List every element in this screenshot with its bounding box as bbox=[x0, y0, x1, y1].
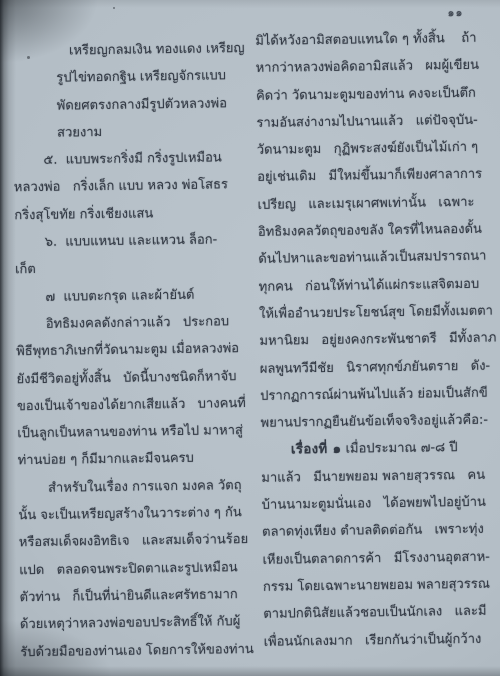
text-line: ด้นไปหาและขอท่านแล้วเป็นสมปรารถนา bbox=[258, 243, 495, 274]
text-line: บ้านนามะตูมนั่นเอง ได้อพยพไปอยู่บ้าน bbox=[262, 489, 499, 520]
text-line: วัดนามะตูม กุฏิพระสงฆ์ยังเป็นไม้เก่า ๆ bbox=[257, 134, 494, 165]
text-line: รามอันสง่างามไปนานแล้ว แต่ปัจจุบัน- bbox=[256, 106, 493, 137]
text-line: เรื่องที่ ๑ เมื่อประมาณ ๗-๘ ปี bbox=[261, 434, 498, 465]
text-line: กริ่งสุโขทัย กริ่งเชียงแสน bbox=[14, 199, 248, 230]
text-line: มาแล้ว มีนายพยอม พลายสุวรรณ คน bbox=[261, 461, 498, 492]
text-line: รูปไข่ทอดกฐิน เหรียญจักรแบบ bbox=[12, 62, 246, 93]
text-line: พิธีพุทธาภิเษกที่วัดนามะตูม เมื่อหลวงพ่อ bbox=[16, 335, 250, 366]
text-line: อิทธิมงคลดังกล่าวแล้ว ประกอบ bbox=[16, 308, 250, 339]
text-line: ๖. แบบแหนบ และแหวน ล็อก- bbox=[14, 226, 248, 257]
text-columns: เหรียญกลมเงิน ทองแดง เหรียญรูปไข่ทอดกฐิน… bbox=[12, 25, 499, 666]
text-line: นั้น จะเป็นเหรียญสร้างในวาระต่าง ๆ กัน bbox=[18, 499, 252, 530]
text-line: พัดยศตรงกลางมีรูปตัวหลวงพ่อ bbox=[13, 90, 247, 121]
text-line: เพื่อนนักเลงมาก เรียกกันว่าเป็นผู้กว้าง bbox=[263, 625, 500, 656]
text-line: รับด้วยมือของท่านเอง โดยการให้ของท่าน bbox=[20, 636, 254, 667]
text-line: เหรียญกลมเงิน ทองแดง เหรียญ bbox=[12, 35, 246, 66]
text-line: อยู่เช่นเดิม มีใหม่ขึ้นมาก็เพียงศาลาการ bbox=[257, 161, 494, 192]
story-number-heading: เรื่องที่ ๑ bbox=[291, 442, 342, 458]
text-line: ผลพูนทวีมีชัย นิราศทุกข์ภยันตราย ดัง- bbox=[260, 352, 497, 383]
right-column: มิได้หวังอามิสตอบแทนใด ๆ ทั้งสิ้น ถ้าหาก… bbox=[255, 25, 500, 663]
text-line: ให้เพื่ออำนวยประโยชน์สุข โดยมีทั้งเมตตา bbox=[259, 298, 496, 329]
text-line: พยานปรากฏยืนยันข้อเท็จจริงอยู่แล้วคือ:- bbox=[260, 407, 497, 438]
paper-speck bbox=[27, 56, 30, 59]
text-line: มิได้หวังอามิสตอบแทนใด ๆ ทั้งสิ้น ถ้า bbox=[255, 25, 492, 56]
text-line: เป็นลูกเป็นหลานของท่าน หรือไป มาหาสู่ bbox=[17, 417, 251, 448]
text-line: เปรียญ และเมรุเผาศพเท่านั้น เฉพาะ bbox=[257, 188, 494, 219]
page-number: ๑๑ bbox=[447, 3, 463, 21]
text-line: หลวงพ่อ กริ่งเล็ก แบบ หลวง พ่อโสธร bbox=[14, 172, 248, 203]
left-column: เหรียญกลมเงิน ทองแดง เหรียญรูปไข่ทอดกฐิน… bbox=[12, 28, 254, 666]
text-line: ของเป็นเจ้าของได้ยากเสียแล้ว บางคนที่ bbox=[17, 390, 251, 421]
text-line: ด้วยเหตุว่าหลวงพ่อขอบประสิทธิ์ให้ กับผู้ bbox=[20, 608, 254, 639]
text-line: เหียงเป็นตลาดการค้า มีโรงงานอุตสาห- bbox=[262, 543, 499, 574]
text-line: แปด ตลอดจนพระปิดตาและรูปเหมือน bbox=[19, 554, 253, 585]
text-line: ตลาดทุ่งเหียง ตำบลติดต่อกัน เพราะทุ่ง bbox=[262, 516, 499, 547]
scanned-book-page: ๑๑ เหรียญกลมเงิน ทองแดง เหรียญรูปไข่ทอดก… bbox=[0, 0, 500, 676]
text-line: อิทธิมงคลวัตถุของขลัง ใครที่ไหนลองดั้น bbox=[258, 216, 495, 247]
text-line: เก็ต bbox=[15, 253, 249, 284]
text-line: สำหรับในเรื่อง การแจก มงคล วัตถุ bbox=[18, 472, 252, 503]
text-line: ตามปกตินิสัยแล้วชอบเป็นนักเลง และมี bbox=[263, 598, 500, 629]
text-line: มหานิยม อยู่ยงคงกระพันชาตรี มีทั้งลาภ bbox=[259, 325, 496, 356]
text-line: หรือสมเด็จผงอิทธิเจ และสมเด็จว่านร้อย bbox=[19, 526, 253, 557]
text-line: ท่านบ่อย ๆ ก็มีมากและมีจนครบ bbox=[18, 444, 252, 475]
text-line: ๗ แบบตะกรุด และผ้ายันต์ bbox=[15, 281, 249, 312]
text-line: สวยงาม bbox=[13, 117, 247, 148]
text-line: ๕. แบบพระกริ่งมี กริ่งรูปเหมือน bbox=[13, 144, 247, 175]
text-line: หากว่าหลวงพ่อคิดอามิสแล้ว ผมผู้เขียน bbox=[255, 52, 492, 83]
text-line: คิดว่า วัดนามะตูมของท่าน คงจะเป็นตึก bbox=[256, 79, 493, 110]
text-line: ยังมีชีวิตอยู่ทั้งสิ้น บัดนี้บางชนิดก็หา… bbox=[16, 363, 250, 394]
page-content: ๑๑ เหรียญกลมเงิน ทองแดง เหรียญรูปไข่ทอดก… bbox=[0, 0, 500, 676]
text-line: กรรม โดยเฉพาะนายพยอม พลายสุวรรณ bbox=[263, 570, 500, 601]
text-line: ตัวท่าน ก็เป็นที่น่ายินดีและศรัทธามาก bbox=[19, 581, 253, 612]
text-line: ปรากฏการณ์ผ่านพ้นไปแล้ว ย่อมเป็นสักขี bbox=[260, 379, 497, 410]
paper-speck bbox=[113, 7, 115, 9]
text-line: ทุกคน ก่อนให้ท่านได้แผ่กระแสจิตมอบ bbox=[259, 270, 496, 301]
